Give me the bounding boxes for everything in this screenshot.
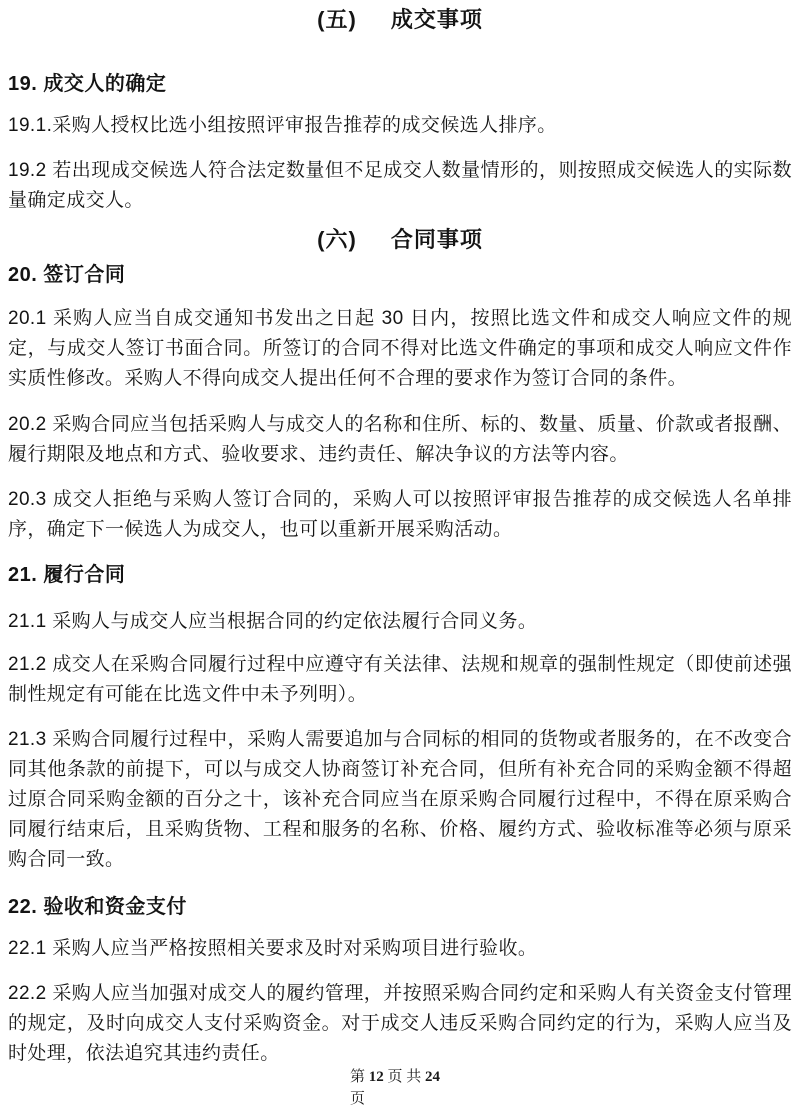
document-body: (五)成交事项 19. 成交人的确定 19.1.采购人授权比选小组按照评审报告推… xyxy=(0,0,800,1069)
clause-21-heading: 21. 履行合同 xyxy=(8,560,792,590)
clause-21-2-paragraph: 21.2 成交人在采购合同履行过程中应遵守有关法律、法规和规章的强制性规定（即使… xyxy=(8,650,792,710)
footer-page-number: 12 xyxy=(369,1069,384,1085)
clause-19-2-paragraph: 19.2 若出现成交候选人符合法定数量但不足成交人数量情形的，则按照成交候选人的… xyxy=(8,156,792,216)
clause-19-heading: 19. 成交人的确定 xyxy=(8,69,792,99)
clause-20-2-paragraph: 20.2 采购合同应当包括采购人与成交人的名称和住所、标的、数量、质量、价款或者… xyxy=(8,410,792,470)
clause-21-1-paragraph: 21.1 采购人与成交人应当根据合同的约定依法履行合同义务。 xyxy=(8,607,792,637)
clause-21-3-paragraph: 21.3 采购合同履行过程中，采购人需要追加与合同标的相同的货物或者服务的，在不… xyxy=(8,725,792,875)
section-6-number: (六) xyxy=(317,227,357,252)
section-5-title: (五)成交事项 xyxy=(8,5,792,35)
clause-22-2-paragraph: 22.2 采购人应当加强对成交人的履约管理，并按照采购合同约定和采购人有关资金支… xyxy=(8,979,792,1069)
footer-word-last: 页 xyxy=(350,1088,460,1109)
footer-word-mid: 页 共 xyxy=(388,1069,422,1085)
footer-total-number: 24 xyxy=(425,1069,440,1085)
clause-19-1-paragraph: 19.1.采购人授权比选小组按照评审报告推荐的成交候选人排序。 xyxy=(8,111,792,141)
section-5-name: 成交事项 xyxy=(391,7,483,32)
clause-22-heading: 22. 验收和资金支付 xyxy=(8,892,792,922)
document-page: (五)成交事项 19. 成交人的确定 19.1.采购人授权比选小组按照评审报告推… xyxy=(0,0,800,1109)
clause-20-1-paragraph: 20.1 采购人应当自成交通知书发出之日起 30 日内，按照比选文件和成交人响应… xyxy=(8,304,792,394)
footer-word-first: 第 xyxy=(350,1069,365,1085)
clause-20-heading: 20. 签订合同 xyxy=(8,260,792,290)
clause-22-1-paragraph: 22.1 采购人应当严格按照相关要求及时对采购项目进行验收。 xyxy=(8,934,792,964)
section-6-title: (六)合同事项 xyxy=(8,225,792,255)
section-6-name: 合同事项 xyxy=(391,227,483,252)
section-5-number: (五) xyxy=(317,7,357,32)
clause-20-3-paragraph: 20.3 成交人拒绝与采购人签订合同的，采购人可以按照评审报告推荐的成交候选人名… xyxy=(8,485,792,545)
page-footer: 第 12 页 共 24 页 xyxy=(350,1066,460,1109)
